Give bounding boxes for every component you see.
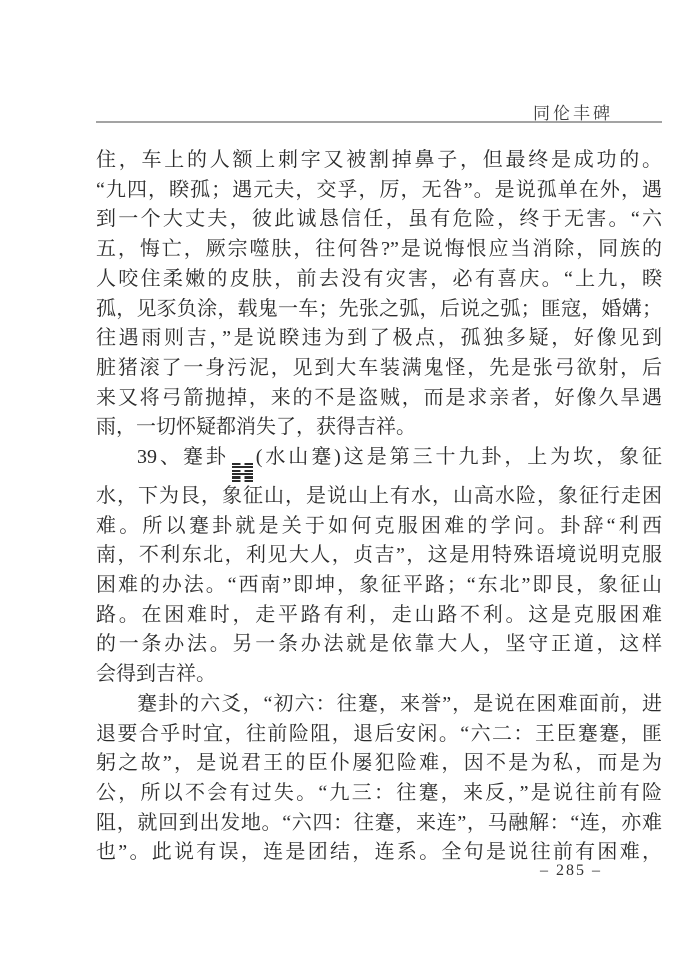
hexagram-row-broken — [232, 470, 253, 472]
text-line: 的一条办法。另一条办法就是依靠大人，坚守正道，这样 — [96, 630, 662, 660]
text-line: 水，下为艮，象征山，是说山上有水，山高水险，象征行走困 — [96, 482, 662, 512]
text-line: 到一个大丈夫，彼此诚恳信任，虽有危险，终于无害。“六 — [96, 205, 662, 235]
text-line: 阻，就回到出发地。“六四：往蹇，来连”，马融解：“连，亦难 — [96, 809, 662, 839]
page-number: – 285 – — [540, 862, 602, 880]
text-line: 五，悔亡，厥宗噬肤，往何咎?”是说悔恨应当消除，同族的 — [96, 235, 662, 265]
hexagram-row-broken — [232, 463, 253, 465]
book-page: 同伦丰碑 住，车上的人额上刺字又被割掉鼻子，但最终是成功的。 “九四，睽孤；遇元… — [0, 0, 692, 968]
text-line: 雨，一切怀疑都消失了，获得吉祥。 — [96, 413, 662, 443]
text-line: 脏猪滚了一身污泥，见到大车装满鬼怪，先是张弓欲射，后 — [96, 354, 662, 384]
text-line: 来又将弓箭抛掉，来的不是盗贼，而是求亲者，好像久旱遇 — [96, 384, 662, 414]
text-line: 躬之故”，是说君王的臣仆屡犯险难，因不是为私，而是为 — [96, 749, 662, 779]
text-line: 困难的办法。“西南”即坤，象征平路；“东北”即艮，象征山 — [96, 571, 662, 601]
text-line: 往遇雨则吉，”是说睽违为到了极点，孤独多疑，好像见到 — [96, 324, 662, 354]
text-line: 南，不利东北，利见大人，贞吉”，这是用特殊语境说明克服 — [96, 541, 662, 571]
text-segment: (水山蹇)这是第三十九卦，上为坎，象征 — [256, 446, 662, 468]
text-line: 退要合乎时宜，往前险阻，退后安闲。“六二：王臣蹇蹇，匪 — [96, 720, 662, 750]
text-line: 路。在困难时，走平路有利，走山路不利。这是克服困难 — [96, 601, 662, 631]
body-text: 住，车上的人额上刺字又被割掉鼻子，但最终是成功的。 “九四，睽孤；遇元夫，交孚，… — [96, 146, 662, 868]
text-line: 住，车上的人额上刺字又被割掉鼻子，但最终是成功的。 — [96, 146, 662, 176]
hexagram-row-solid — [232, 473, 253, 475]
text-line: 会得到吉祥。 — [96, 660, 662, 690]
text-line: 难。所以蹇卦就是关于如何克服困难的学问。卦辞“利西 — [96, 512, 662, 542]
text-line: “九四，睽孤；遇元夫，交孚，厉，无咎”。是说孤单在外，遇 — [96, 176, 662, 206]
header-rule — [96, 121, 662, 123]
text-segment: 39、蹇卦 — [137, 446, 229, 468]
hexagram-row-solid — [232, 466, 253, 468]
text-line-hexagram: 39、蹇卦(水山蹇)这是第三十九卦，上为坎，象征 — [96, 443, 662, 482]
text-line: 孤，见豕负涂，载鬼一车；先张之弧，后说之弧；匪寇，婚媾； — [96, 295, 662, 325]
text-line: 蹇卦的六爻，“初六：往蹇，来誉”，是说在困难面前，进 — [96, 690, 662, 720]
text-line: 人咬住柔嫩的皮肤，前去没有灾害，必有喜庆。“上九，睽 — [96, 265, 662, 295]
text-line: 公，所以不会有过失。“九三：往蹇，来反，”是说往前有险 — [96, 779, 662, 809]
hexagram-row-broken — [232, 476, 253, 478]
hexagram-icon — [232, 463, 253, 482]
